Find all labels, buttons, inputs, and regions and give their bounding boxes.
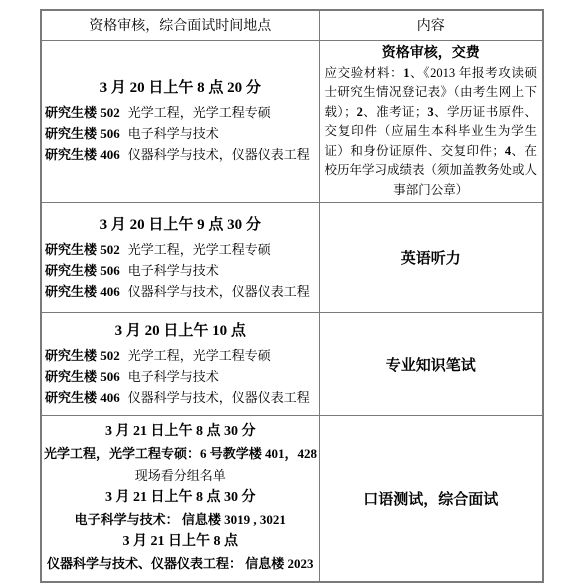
- content-cell-label: 口语测试，综合面试: [319, 416, 543, 582]
- building-label: 研究生楼 406: [45, 147, 120, 162]
- header-cell-time-location: 资格审核，综合面试时间地点: [41, 10, 319, 40]
- location-line: 研究生楼 502光学工程，光学工程专硕: [45, 102, 316, 123]
- location-line: 研究生楼 406仪器科学与技术，仪器仪表工程: [45, 387, 316, 408]
- content-cell-materials: 资格审核，交费 应交验材料：1、《2013 年报考攻读硕士研究生情况登记表》（由…: [319, 40, 543, 203]
- session-cell-time-location: 3 月 20 日上午 9 点 30 分 研究生楼 502光学工程，光学工程专硕 …: [41, 203, 319, 313]
- content-cell-label: 专业知识笔试: [319, 313, 543, 416]
- location-line: 研究生楼 406仪器科学与技术，仪器仪表工程: [45, 144, 316, 165]
- program-location-line: 光学工程，光学工程专硕：6 号教学楼 401，428: [44, 443, 317, 465]
- materials-paragraph: 应交验材料：1、《2013 年报考攻读硕士研究生情况登记表》（由考生网上下载）；…: [325, 64, 538, 201]
- program-location-line: 仪器科学与技术、仪器仪表工程： 信息楼 2023: [44, 553, 317, 575]
- program-location-line: 电子科学与技术： 信息楼 3019 , 3021: [44, 509, 317, 531]
- session-time-title: 3 月 20 日上午 10 点: [45, 320, 316, 343]
- program-label: 仪器科学与技术，仪器仪表工程: [128, 147, 310, 162]
- program-label: 仪器科学与技术，仪器仪表工程: [128, 390, 310, 405]
- program-label: 电子科学与技术: [128, 126, 219, 141]
- building-label: 研究生楼 506: [45, 126, 120, 141]
- location-line: 研究生楼 502光学工程，光学工程专硕: [45, 345, 316, 366]
- materials-text: 应交验材料：: [325, 66, 404, 80]
- session-time-title: 3 月 20 日上午 8 点 20 分: [45, 77, 316, 100]
- location-line: 研究生楼 406仪器科学与技术，仪器仪表工程: [45, 281, 316, 302]
- page-root: { "meta": { "background_color": "#ffffff…: [0, 0, 580, 556]
- building-label: 研究生楼 502: [45, 105, 120, 120]
- building-label: 研究生楼 502: [45, 348, 120, 363]
- program-label: 光学工程，光学工程专硕: [128, 348, 271, 363]
- content-label: 专业知识笔试: [320, 354, 543, 375]
- program-label: 电子科学与技术: [128, 263, 219, 278]
- location-line: 研究生楼 506电子科学与技术: [45, 260, 316, 281]
- location-line: 研究生楼 506电子科学与技术: [45, 123, 316, 144]
- materials-text: 、准考证；: [363, 105, 428, 119]
- note-line: 现场看分组名单: [44, 465, 317, 487]
- program-label: 光学工程，光学工程专硕: [128, 242, 271, 257]
- content-label: 口语测试，综合面试: [320, 488, 543, 509]
- session-row-3: 3 月 20 日上午 10 点 研究生楼 502光学工程，光学工程专硕 研究生楼…: [41, 313, 543, 416]
- session-row-1: 3 月 20 日上午 8 点 20 分 研究生楼 502光学工程，光学工程专硕 …: [41, 40, 543, 203]
- content-heading: 资格审核，交费: [325, 44, 538, 64]
- session-cell-time-location: 3 月 20 日上午 10 点 研究生楼 502光学工程，光学工程专硕 研究生楼…: [41, 313, 319, 416]
- building-label: 研究生楼 506: [45, 369, 120, 384]
- exam-schedule-table: 资格审核，综合面试时间地点 内容 3 月 20 日上午 8 点 20 分 研究生…: [40, 9, 544, 583]
- session-row-2: 3 月 20 日上午 9 点 30 分 研究生楼 502光学工程，光学工程专硕 …: [41, 203, 543, 313]
- program-label: 光学工程，光学工程专硕: [128, 105, 271, 120]
- session-row-4: 3 月 21 日上午 8 点 30 分 光学工程，光学工程专硕：6 号教学楼 4…: [41, 416, 543, 582]
- header-cell-content: 内容: [319, 10, 543, 40]
- content-label: 英语听力: [320, 247, 543, 268]
- building-label: 研究生楼 406: [45, 284, 120, 299]
- session-time-title: 3 月 21 日上午 8 点 30 分: [44, 421, 317, 443]
- header-row: 资格审核，综合面试时间地点 内容: [41, 10, 543, 40]
- building-label: 研究生楼 502: [45, 242, 120, 257]
- session-time-title: 3 月 21 日上午 8 点 30 分: [44, 487, 317, 509]
- building-label: 研究生楼 506: [45, 263, 120, 278]
- building-label: 研究生楼 406: [45, 390, 120, 405]
- program-label: 仪器科学与技术，仪器仪表工程: [128, 284, 310, 299]
- content-cell-label: 英语听力: [319, 203, 543, 313]
- session-time-title: 3 月 20 日上午 9 点 30 分: [45, 214, 316, 237]
- session-cell-time-location: 3 月 20 日上午 8 点 20 分 研究生楼 502光学工程，光学工程专硕 …: [41, 40, 319, 203]
- program-label: 电子科学与技术: [128, 369, 219, 384]
- location-line: 研究生楼 502光学工程，光学工程专硕: [45, 239, 316, 260]
- session-time-title: 3 月 21 日上午 8 点: [44, 531, 317, 553]
- session-cell-time-location: 3 月 21 日上午 8 点 30 分 光学工程，光学工程专硕：6 号教学楼 4…: [41, 416, 319, 582]
- location-line: 研究生楼 506电子科学与技术: [45, 366, 316, 387]
